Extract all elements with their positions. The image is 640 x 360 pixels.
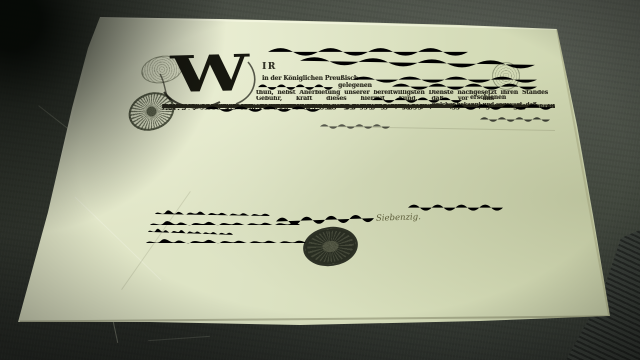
guild-seal [301,223,361,269]
document-paper: W IR in der Königlichen Preußisch gelege… [0,0,640,360]
illuminated-initial-W: W [170,52,262,106]
handwritten-entry [392,82,537,90]
handwritten-entry [372,96,462,103]
handwritten-entry [300,55,535,69]
handwritten-entry [258,83,333,90]
handwritten-entry [268,46,468,56]
handwritten-entry [408,203,503,211]
signature-script [155,208,270,219]
handwritten-entry [480,116,550,122]
handwritten-entry [205,105,320,112]
document-content: W IR in der Königlichen Preußisch gelege… [0,0,640,360]
signature-script [148,227,233,238]
display-case-photo: W IR in der Königlichen Preußisch gelege… [0,0,640,360]
printed-word-ir: IR [262,64,277,70]
handwritten-entry [320,123,390,129]
printed-line: gelegenen [338,83,372,89]
handwritten-entry [452,103,552,110]
signature-script [146,237,306,246]
handwritten-word-siebenzig: Siebenzig. [376,212,421,224]
printed-line: erschienen [470,95,506,101]
